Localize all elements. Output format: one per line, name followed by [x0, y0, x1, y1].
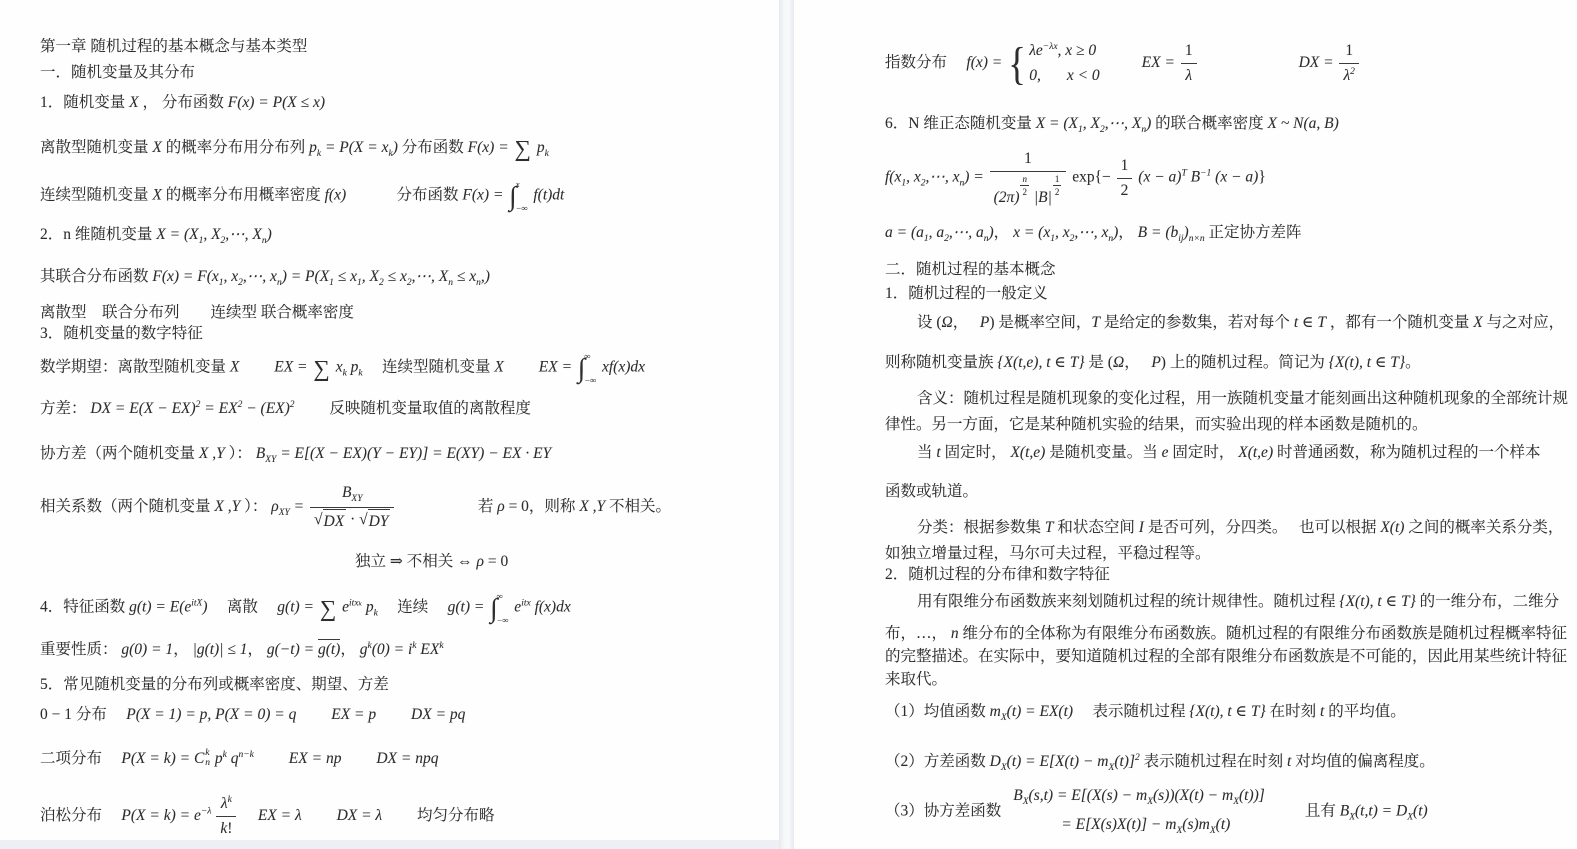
doc-line-right-18: 的完整描述。在实际中，要知道随机过程的全部有限维分布函数族是不可能的，因此用某些…: [885, 646, 1567, 668]
doc-line-left-20: 泊松分布 P(X = k) = e−λλkk! EX = λ DX = λ 均匀…: [40, 793, 495, 839]
doc-line-right-8: 则称随机变量族 {X(t,e), t ∈ T} 是 (Ω， P) 上的随机过程。…: [885, 352, 1421, 374]
doc-line-left-7: 其联合分布函数 F(x) = F(x1, x2,⋯, xn) = P(X1 ≤ …: [40, 266, 490, 290]
doc-line-right-9: 含义：随机过程是随机现象的变化过程，用一族随机变量才能刻画出这种随机现象的全部统…: [917, 388, 1568, 410]
doc-line-left-16: 重要性质： g(0) = 1， |g(t)| ≤ 1， g(−t) = g(t)…: [40, 639, 444, 661]
doc-line-left-5: 连续型随机变量 X 的概率分布用概率密度 f(x) 分布函数 F(x) = ∫x…: [40, 180, 564, 212]
doc-line-left-15: 4．特征函数 g(t) = E(eitX) 离散 g(t) = ∑ eitxₖ …: [40, 592, 571, 624]
doc-line-left-4: 离散型随机变量 X 的概率分布用分布列 pk = P(X = xk) 分布函数 …: [40, 137, 549, 161]
doc-line-right-7: 设 (Ω， P) 是概率空间，T 是给定的参数集，若对每个 t ∈ T ，都有一…: [917, 312, 1564, 334]
doc-line-left-3: 1．随机变量 X ， 分布函数 F(x) = P(X ≤ x): [40, 92, 325, 114]
doc-line-right-21: （2）方差函数 DX(t) = E[X(t) − mX(t)]2 表示随机过程在…: [885, 751, 1435, 775]
doc-line-right-19: 来取代。: [885, 669, 947, 691]
page-gap-divider: [779, 0, 794, 849]
doc-line-right-3: f(x1, x2,⋯, xn) = 1(2π)n2 |B|12 exp{− 12…: [885, 148, 1266, 208]
doc-line-left-10: 数学期望：离散型随机变量 X EX = ∑ xk pk 连续型随机变量 X EX…: [40, 352, 645, 384]
doc-line-right-4: a = (a1, a2,⋯, an)， x = (x1, x2,⋯, xn)， …: [885, 222, 1302, 246]
doc-line-right-10: 律性。另一方面，它是某种随机实验的结果，而实验出现的样本函数是随机的。: [885, 414, 1428, 436]
page-right: 指数分布 f(x) = {λe−λx, x ≥ 00,x < 0EX = 1λD…: [794, 0, 1577, 849]
doc-line-left-2: 一．随机变量及其分布: [40, 62, 195, 84]
doc-line-right-16: 用有限维分布函数族来刻划随机过程的统计规律性。随机过程 {X(t), t ∈ T…: [917, 591, 1559, 613]
doc-line-right-6: 1．随机过程的一般定义: [885, 283, 1048, 305]
document-viewer: 第一章 随机过程的基本概念与基本类型一．随机变量及其分布1．随机变量 X ， 分…: [0, 0, 1577, 849]
doc-line-left-13: 相关系数（两个随机变量 X ,Y ）： ρXY = BXY√DX · √DY 若…: [40, 482, 671, 533]
doc-line-right-12: 函数或轨道。: [885, 481, 978, 503]
doc-line-right-1: 指数分布 f(x) = {λe−λx, x ≥ 00,x < 0EX = 1λD…: [885, 40, 1361, 86]
doc-line-left-9: 3．随机变量的数字特征: [40, 323, 203, 345]
doc-line-left-11: 方差： DX = E(X − EX)2 = EX2 − (EX)2 反映随机变量…: [40, 398, 531, 420]
left-page-bottom-edge: [0, 840, 779, 849]
doc-line-right-11: 当 t 固定时， X(t,e) 是随机变量。当 e 固定时， X(t,e) 时普…: [917, 442, 1541, 464]
doc-line-left-14: 独立 ⇒ 不相关 ⇔ ρ = 0: [355, 551, 508, 573]
doc-line-left-19: 二项分布 P(X = k) = Ckn pk qn−k EX = np DX =…: [40, 748, 438, 770]
doc-line-left-17: 5．常见随机变量的分布列或概率密度、期望、方差: [40, 674, 389, 696]
doc-line-left-6: 2．n 维随机变量 X = (X1, X2,⋯, Xn): [40, 224, 272, 248]
doc-line-left-12: 协方差（两个随机变量 X ,Y ）： BXY = E[(X − EX)(Y − …: [40, 443, 551, 467]
doc-line-right-2: 6．N 维正态随机变量 X = (X1, X2,⋯, Xn) 的联合概率密度 X…: [885, 113, 1339, 137]
doc-line-right-5: 二．随机过程的基本概念: [885, 259, 1056, 281]
doc-line-right-14: 如独立增量过程，马尔可夫过程，平稳过程等。: [885, 543, 1211, 565]
doc-line-right-13: 分类：根据参数集 T 和状态空间 I 是否可列，分四类。 也可以根据 X(t) …: [917, 517, 1563, 539]
doc-line-right-17: 布，…， n 维分布的全体称为有限维分布函数族。随机过程的有限维分布函数族是随机…: [885, 623, 1567, 645]
doc-line-right-20: （1）均值函数 mX(t) = EX(t) 表示随机过程 {X(t), t ∈ …: [885, 701, 1406, 725]
doc-line-right-15: 2．随机过程的分布律和数字特征: [885, 564, 1110, 586]
doc-line-left-8: 离散型 联合分布列 连续型 联合概率密度: [40, 302, 354, 324]
doc-line-left-18: 0 − 1 分布 P(X = 1) = p, P(X = 0) = q EX =…: [40, 704, 465, 726]
doc-line-left-1: 第一章 随机过程的基本概念与基本类型: [40, 36, 307, 58]
page-left: 第一章 随机过程的基本概念与基本类型一．随机变量及其分布1．随机变量 X ， 分…: [0, 0, 779, 840]
doc-line-right-22: （3）协方差函数BX(s,t) = E[(X(s) − mX(s))(X(t) …: [885, 785, 1428, 839]
